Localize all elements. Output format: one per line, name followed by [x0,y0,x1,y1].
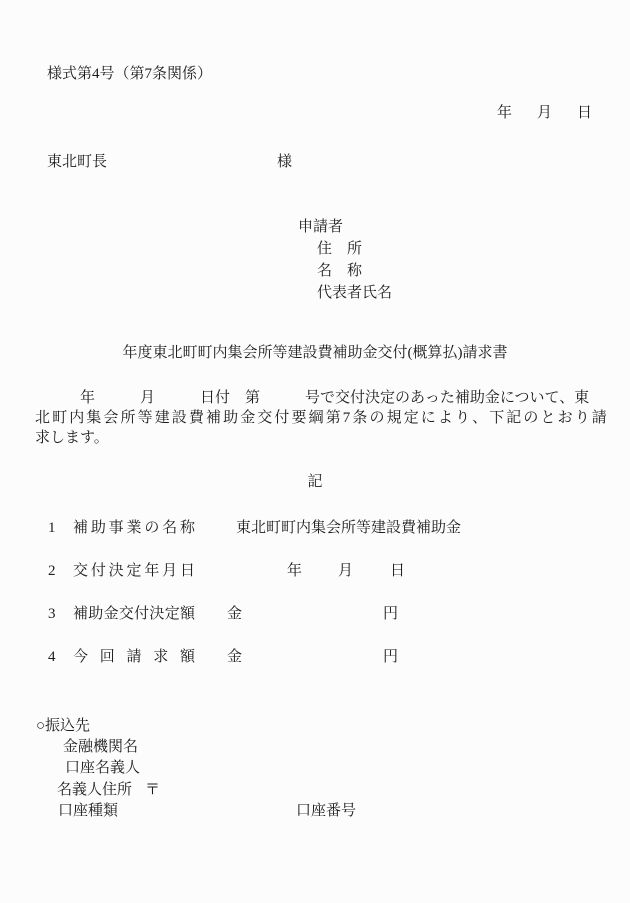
amount-prefix-kin: 金 [227,647,242,667]
decision-date-day-label: 日 [390,561,405,581]
postal-mark: 〒 [145,780,160,800]
form-number: 様式第4号（第7条関係） [47,64,212,84]
item-row-decision-date: 2 交付決定年月日 年 月 日 [0,561,630,581]
account-number-label: 口座番号 [296,801,356,821]
applicant-name-label: 名 称 [317,261,362,281]
item-label: 交付決定年月日 [73,561,195,581]
item-label: 補助金交付決定額 [73,604,195,624]
decision-date-month-label: 月 [338,561,353,581]
applicant-heading: 申請者 [298,217,343,237]
transfer-heading: ○振込先 [36,716,90,736]
amount-suffix-yen: 円 [383,647,398,667]
item-number: 1 [48,518,56,538]
item-row-project-name: 1 補助事業の名称 東北町町内集会所等建設費補助金 [0,518,630,538]
item-label: 今回請求額 [73,647,195,667]
issue-date-month-label: 月 [537,103,552,123]
item-number: 3 [48,604,56,624]
issue-date-day-label: 日 [577,103,592,123]
item-value-project-name: 東北町町内集会所等建設費補助金 [236,518,461,538]
body-line-3: 求します。 [35,428,109,448]
applicant-address-label: 住 所 [317,239,362,259]
bank-name-label: 金融機関名 [63,737,138,757]
document-page: 様式第4号（第7条関係） 年 月 日 東北町長 様 申請者 住 所 名 称 代表… [0,0,630,903]
issue-date-year-label: 年 [497,103,512,123]
holder-address-label: 名義人住所 [57,780,132,800]
body-line-1: 年 月 日付 第 号で交付決定のあった補助金について、東 [35,388,589,408]
list-heading: 記 [0,472,630,492]
item-row-grant-decision-amount: 3 補助金交付決定額 金 円 [0,604,630,624]
addressee-name: 東北町長 [47,152,107,172]
account-type-label: 口座種類 [58,801,118,821]
item-row-current-claim-amount: 4 今回請求額 金 円 [0,647,630,667]
amount-suffix-yen: 円 [383,604,398,624]
item-label: 補助事業の名称 [73,518,195,538]
amount-prefix-kin: 金 [227,604,242,624]
document-title: 年度東北町町内集会所等建設費補助金交付(概算払)請求書 [0,343,630,363]
applicant-representative-label: 代表者氏名 [317,283,392,303]
account-holder-label: 口座名義人 [65,758,140,778]
item-number: 4 [48,647,56,667]
decision-date-year-label: 年 [287,561,302,581]
item-number: 2 [48,561,56,581]
body-line-2: 北町内集会所等建設費補助金交付要綱第7条の規定により、下記のとおり請 [35,408,609,428]
addressee-honorific: 様 [277,152,292,172]
